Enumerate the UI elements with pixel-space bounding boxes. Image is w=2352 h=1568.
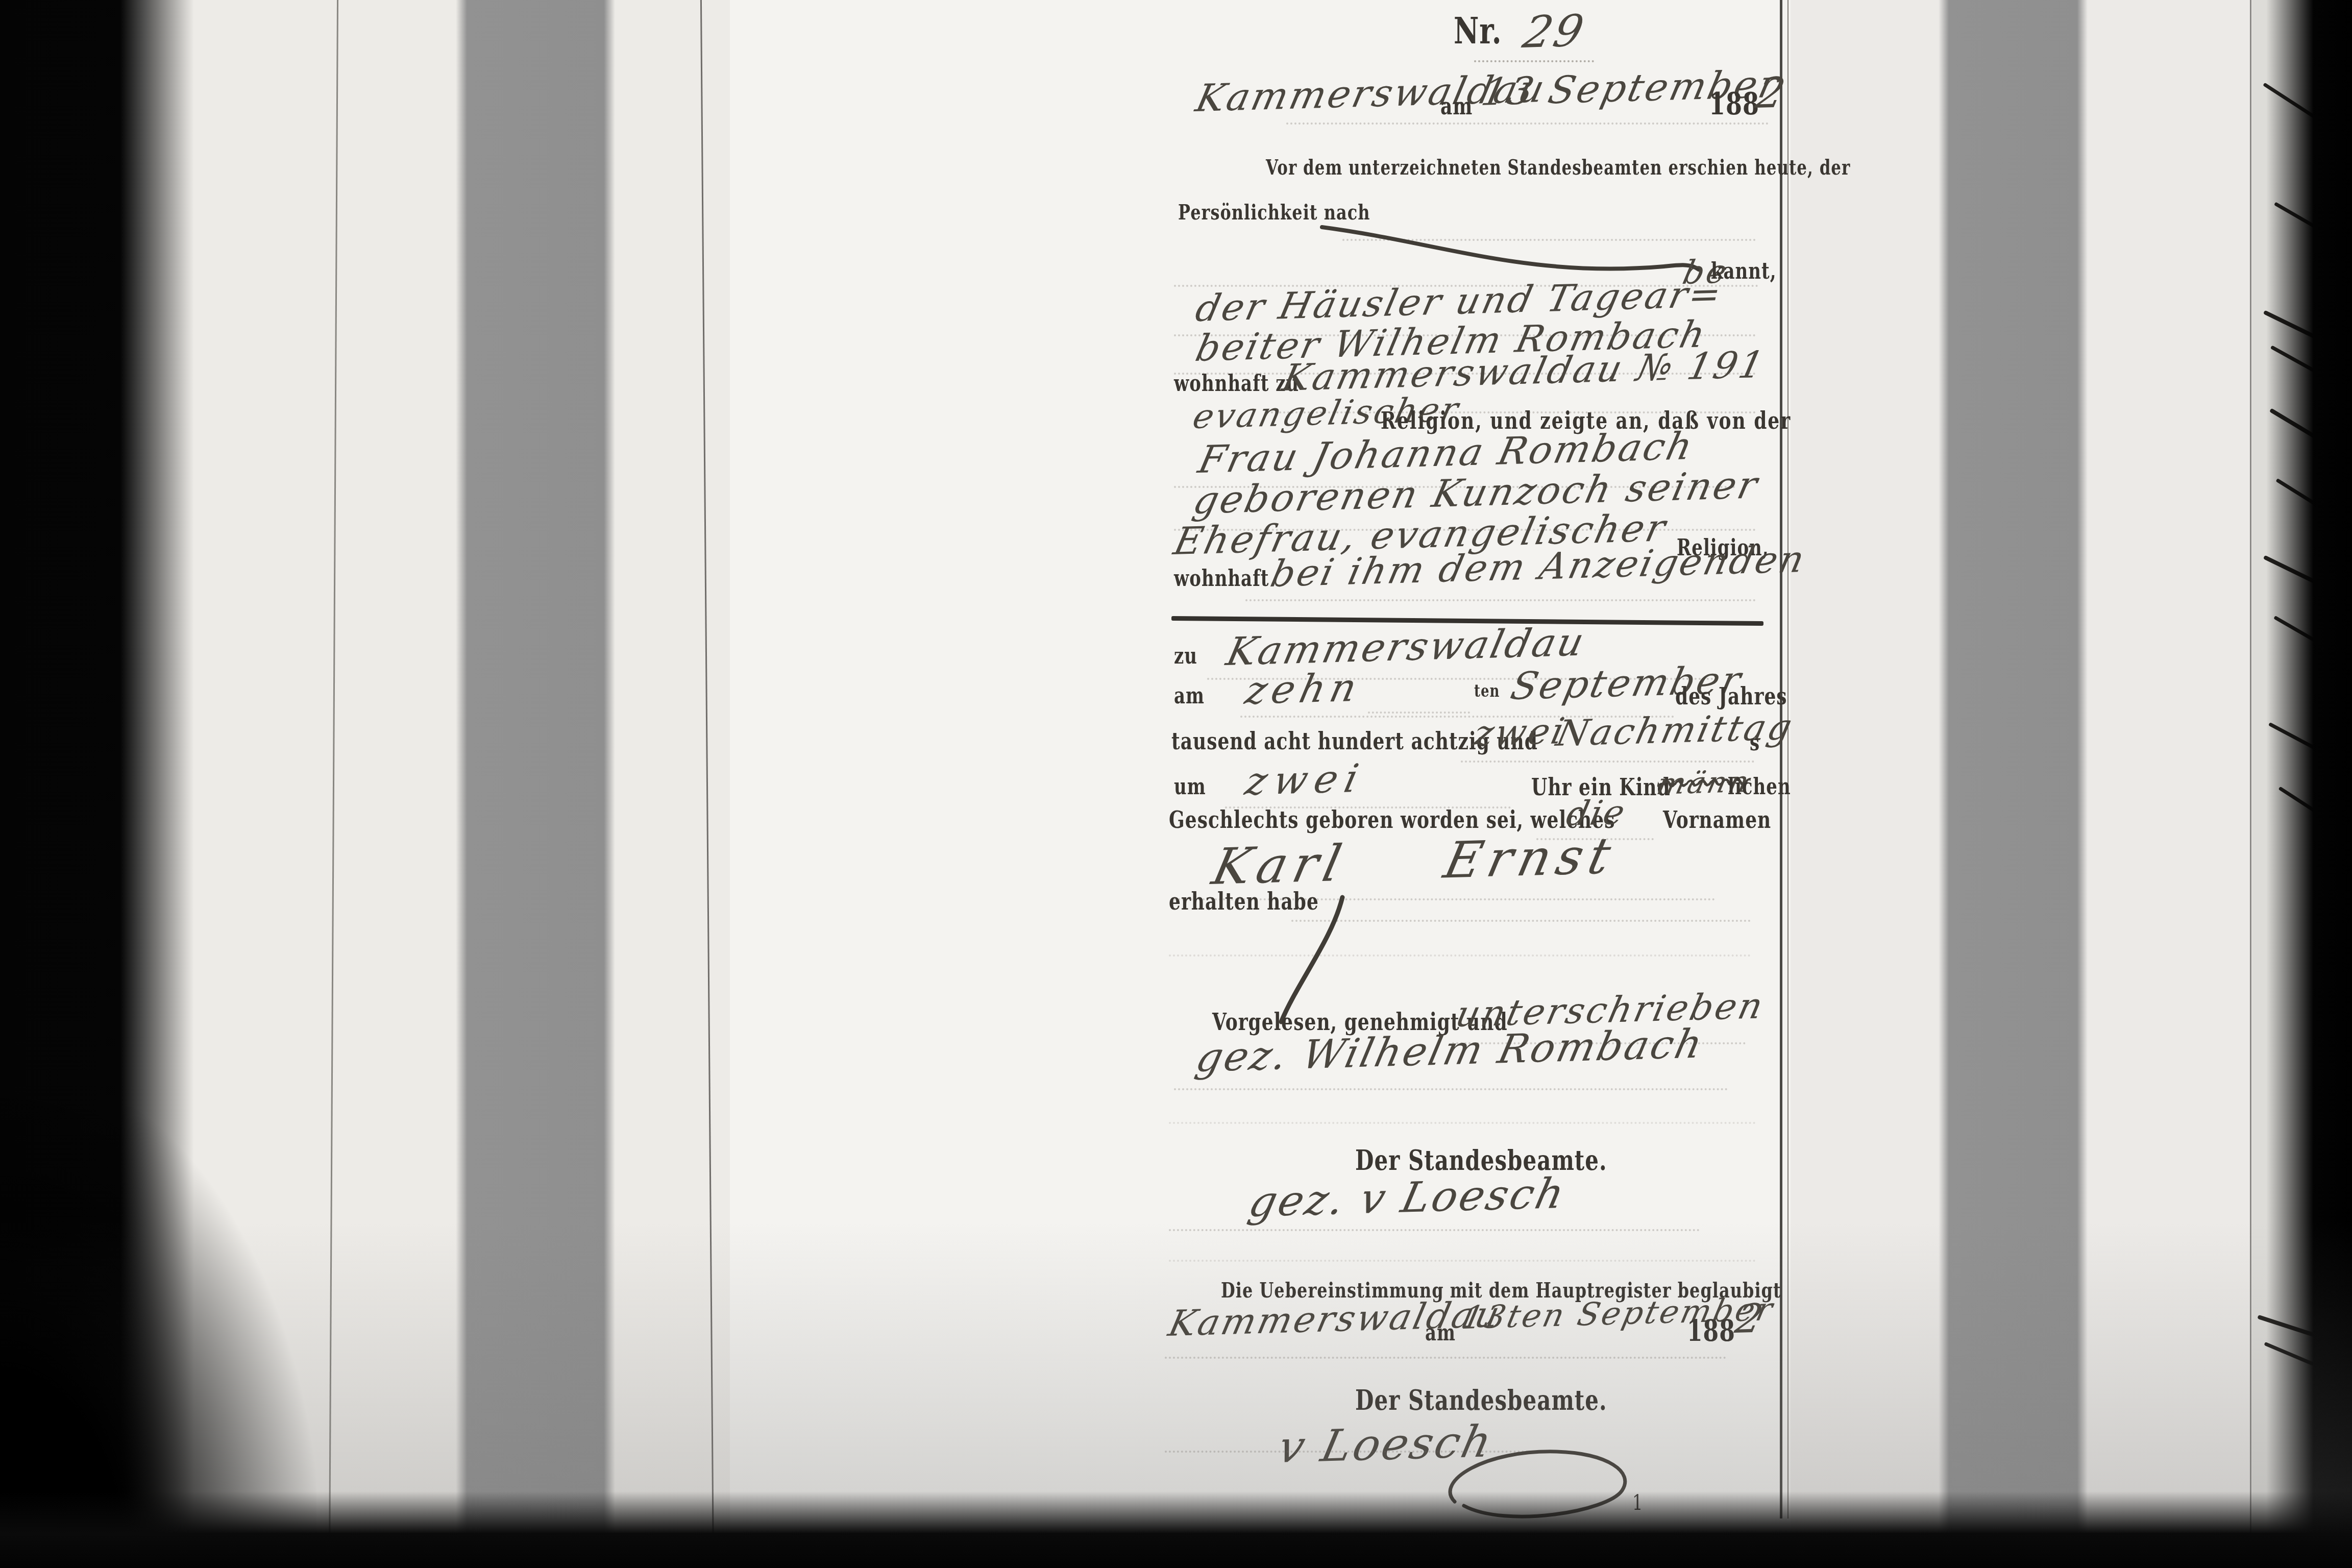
dotted-line <box>1169 1122 1756 1124</box>
dotted-line <box>1174 1088 1728 1090</box>
dateline-am: am <box>1440 92 1473 120</box>
s-suffix-printed: s <box>1750 730 1760 756</box>
daytime-handwritten: Nachmittag <box>1553 706 1798 754</box>
am2-printed: am <box>1174 683 1205 709</box>
birth-day-handwritten: zehn <box>1241 665 1366 713</box>
registrar-signature: gez. v Loesch <box>1244 1169 1571 1227</box>
dotted-line <box>1461 761 1754 763</box>
hour-handwritten: zwei <box>1241 755 1370 804</box>
lichen-printed: lichen <box>1728 774 1791 800</box>
ten-printed: ten <box>1474 681 1500 701</box>
wohnhaft-printed: wohnhaft <box>1174 566 1269 592</box>
intro-line1: Vor dem unterzeichneten Standesbeamten e… <box>1266 156 1850 180</box>
dotted-line <box>1368 712 1470 714</box>
scan-shading-bottom <box>0 1221 2352 1537</box>
record-number-value: 29 <box>1518 6 1590 58</box>
dotted-line <box>1474 60 1594 62</box>
microfilm-scan: Nr. 29 Kammerswaldau am 13 September 188… <box>0 0 2352 1568</box>
record-number-label: Nr. <box>1454 10 1502 52</box>
film-vignette-bottom <box>0 1491 2352 1568</box>
dotted-line <box>1169 954 1751 957</box>
zu-printed: zu <box>1174 643 1197 670</box>
vornamen-printed: Vornamen <box>1663 806 1771 834</box>
um-printed: um <box>1174 774 1206 800</box>
dotted-line <box>1245 599 1756 601</box>
child-name-handwritten: Karl Ernst <box>1207 827 1622 896</box>
dotted-line <box>1286 122 1769 125</box>
